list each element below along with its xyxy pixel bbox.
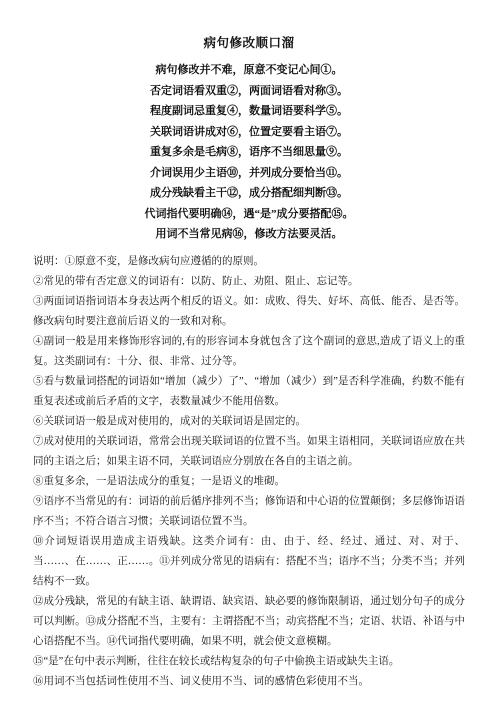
explanation-paragraph: ③两面词语指词语本身表达两个相反的语义。如：成败、得失、好坏、高低、能否、是否等… (33, 292, 465, 332)
explanation-paragraph: ④副词一般是用来修饰形容词的,有的形容词本身就包含了这个副词的意思,造成了语义上… (33, 332, 465, 372)
explanation-paragraph: ⑧重复多余，一是语法成分的重复；一是语义的堆砌。 (33, 472, 465, 492)
rhyme-line: 否定词语看双重②，两面词语看对称③。 (33, 81, 465, 102)
explanation-paragraph: ⑫成分残缺，常见的有缺主语、缺谓语、缺宾语、缺必要的修饰限制语，通过划分句子的成… (33, 592, 465, 652)
explanation-paragraph: ⑥关联词语一般是成对使用的，成对的关联词语是固定的。 (33, 412, 465, 432)
explanation-paragraph: ⑤看与数量词搭配的词语如“增加（减少）了”、“增加（减少）到”是否科学准确，约数… (33, 372, 465, 412)
rhyme-line: 用词不当常见病⑯，修改方法要灵活。 (33, 224, 465, 245)
explanation-paragraph: ⑮“是”在句中表示判断，往往在较长或结构复杂的句子中偷换主语或缺失主语。 (33, 652, 465, 672)
rhyme-section: 病句修改并不难，原意不变记心间①。否定词语看双重②，两面词语看对称③。程度副词忌… (33, 60, 465, 245)
rhyme-line: 重复多余是毛病⑧，语序不当细思量⑨。 (33, 142, 465, 163)
explanation-paragraph: ⑯用词不当包括词性使用不当、词义使用不当、词的感情色彩使用不当。 (33, 672, 465, 692)
explanation-paragraph: ⑩介词短语误用造成主语残缺。这类介词有：由、由于、经、经过、通过、对、对于、当…… (33, 532, 465, 592)
rhyme-line: 关联词语讲成对⑥，位置定要看主语⑦。 (33, 122, 465, 143)
document-page: 病句修改顺口溜 病句修改并不难，原意不变记心间①。否定词语看双重②，两面词语看对… (0, 0, 496, 702)
explanation-paragraph: ⑨语序不当常见的有：词语的前后循序排列不当；修饰语和中心语的位置颠倒；多层修饰语… (33, 492, 465, 532)
rhyme-line: 成分残缺看主干⑫，成分搭配细判断⑬。 (33, 183, 465, 204)
explanation-paragraph: ②常见的带有否定意义的词语有：以防、防止、劝阻、阻止、忘记等。 (33, 272, 465, 292)
rhyme-line: 程度副词忌重复④，数量词语要科学⑤。 (33, 101, 465, 122)
rhyme-line: 病句修改并不难，原意不变记心间①。 (33, 60, 465, 81)
rhyme-line: 介词误用少主语⑩，并列成分要恰当⑪。 (33, 163, 465, 184)
document-title: 病句修改顺口溜 (33, 36, 465, 51)
explanation-paragraph: 说明：①原意不变，是修改病句应遵循的的原则。 (33, 252, 465, 272)
explanation-paragraph: ⑦成对使用的关联词语，常常会出现关联词语的位置不当。如果主语相同，关联词语应放在… (33, 432, 465, 472)
rhyme-line: 代词指代要明确⑭，遇“是”成分要搭配⑮。 (33, 204, 465, 225)
explanation-section: 说明：①原意不变，是修改病句应遵循的的原则。②常见的带有否定意义的词语有：以防、… (33, 252, 465, 692)
